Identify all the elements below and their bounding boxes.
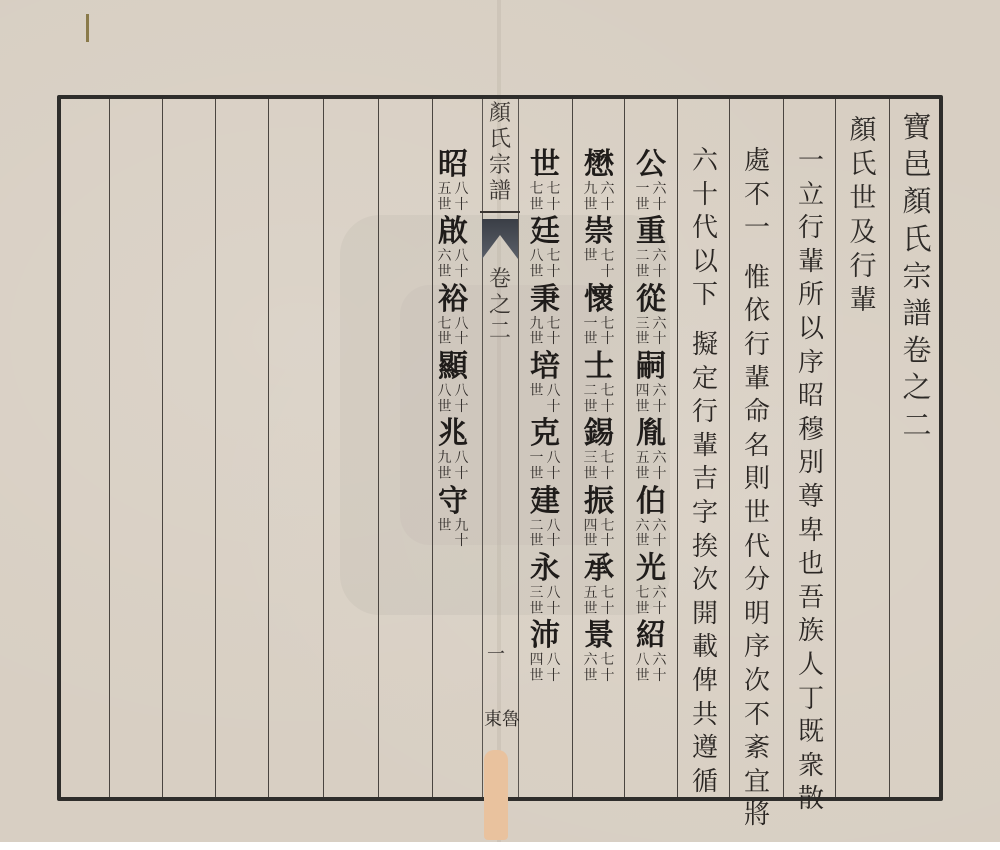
generation-name: 錫 bbox=[584, 419, 614, 449]
generation-note: 八十世 bbox=[530, 384, 561, 415]
generation-note: 八十六世 bbox=[438, 249, 469, 280]
paragraph-char: 代 bbox=[744, 534, 770, 560]
fishtail-line bbox=[480, 211, 520, 213]
generation-note-line: 二世 bbox=[584, 384, 598, 415]
generation-note-line: 二世 bbox=[530, 519, 544, 550]
generation-entry: 景七十六世 bbox=[584, 621, 615, 688]
paragraph-char: 紊 bbox=[744, 735, 770, 761]
generation-note-line: 六十 bbox=[653, 249, 667, 280]
generation-name: 重 bbox=[636, 217, 666, 247]
title-char: 二 bbox=[902, 411, 931, 440]
generation-note-line: 四世 bbox=[584, 519, 598, 550]
generation-entry: 懷七十一世 bbox=[584, 285, 615, 352]
generation-note-line: 六十 bbox=[653, 653, 667, 684]
generation-entry: 光六十七世 bbox=[636, 554, 667, 621]
generation-note-line: 六世 bbox=[438, 249, 452, 280]
generation-note-line: 世 bbox=[438, 519, 452, 550]
paragraph-char: 次 bbox=[744, 668, 770, 694]
generation-name: 顯 bbox=[438, 352, 468, 382]
generation-name: 懋 bbox=[584, 150, 614, 180]
paragraph-char: 尊 bbox=[798, 484, 824, 510]
generation-note-line: 六十 bbox=[653, 519, 667, 550]
paragraph-char: 共 bbox=[692, 702, 718, 728]
generation-note: 九十世 bbox=[438, 519, 469, 550]
column-rule bbox=[889, 99, 890, 797]
generation-name: 昭 bbox=[438, 150, 468, 180]
generation-note-line: 三世 bbox=[530, 586, 544, 617]
paragraph-char: 行 bbox=[692, 399, 718, 425]
generation-note-line: 九十 bbox=[455, 519, 469, 550]
generation-entry: 公六十一世 bbox=[636, 150, 667, 217]
paragraph-char: 世 bbox=[744, 500, 770, 526]
generation-entry: 紹六十八世 bbox=[636, 621, 667, 688]
generation-note-line: 七世 bbox=[636, 586, 650, 617]
paragraph-char: 穆 bbox=[798, 417, 824, 443]
paragraph-char: 以 bbox=[692, 249, 718, 275]
generation-name: 景 bbox=[584, 621, 614, 651]
paragraph-char: 代 bbox=[692, 215, 718, 241]
generation-column-3: 世七十七世廷七十八世秉七十九世培八十世克八十一世建八十二世永八十三世沛八十四世 bbox=[523, 150, 567, 689]
generation-name: 秉 bbox=[530, 285, 560, 315]
paragraph-char: 字 bbox=[692, 500, 718, 526]
generation-note-line: 六十 bbox=[653, 384, 667, 415]
column-rule bbox=[624, 99, 625, 797]
scan-edge bbox=[0, 842, 1000, 850]
center-rule-right bbox=[518, 99, 519, 797]
column-rule bbox=[378, 99, 379, 797]
paragraph-char: 定 bbox=[692, 366, 718, 392]
generation-note: 七十三世 bbox=[584, 451, 615, 482]
generation-note: 六十九世 bbox=[584, 182, 615, 213]
generation-column-1: 公六十一世重六十二世從六十三世嗣六十四世胤六十五世伯六十六世光六十七世紹六十八世 bbox=[629, 150, 673, 689]
paragraph-char: 宜 bbox=[744, 769, 770, 795]
paragraph-char: 卑 bbox=[798, 518, 824, 544]
generation-note-line: 九世 bbox=[438, 451, 452, 482]
center-volume-char: 卷 bbox=[489, 269, 511, 291]
generation-note-line: 七十 bbox=[601, 653, 615, 684]
generation-note: 六十二世 bbox=[636, 249, 667, 280]
column-rule bbox=[835, 99, 836, 797]
generation-entry: 嗣六十四世 bbox=[636, 352, 667, 419]
generation-note: 七十七世 bbox=[530, 182, 561, 213]
generation-note: 八十七世 bbox=[438, 317, 469, 348]
generation-entry: 沛八十四世 bbox=[530, 621, 561, 688]
center-title-char: 氏 bbox=[489, 129, 511, 151]
generation-entry: 伯六十六世 bbox=[636, 487, 667, 554]
paper-tab bbox=[484, 750, 508, 840]
paragraph-char: 立 bbox=[798, 182, 824, 208]
paragraph-char: 一 bbox=[798, 148, 824, 174]
paragraph-char: 行 bbox=[744, 332, 770, 358]
generation-name: 伯 bbox=[636, 487, 666, 517]
generation-entry: 廷七十八世 bbox=[530, 217, 561, 284]
generation-entry: 顯八十八世 bbox=[438, 352, 469, 419]
generation-name: 永 bbox=[530, 554, 560, 584]
generation-entry: 士七十二世 bbox=[584, 352, 615, 419]
generation-note-line: 四世 bbox=[636, 384, 650, 415]
generation-note-line: 八十 bbox=[455, 249, 469, 280]
center-volume-char: 二 bbox=[489, 321, 511, 343]
generation-entry: 裕八十七世 bbox=[438, 285, 469, 352]
generation-entry: 昭八十五世 bbox=[438, 150, 469, 217]
generation-note-line: 八十 bbox=[455, 384, 469, 415]
generation-note-line: 七十 bbox=[601, 249, 615, 280]
generation-note-line: 八世 bbox=[438, 384, 452, 415]
generation-entry: 承七十五世 bbox=[584, 554, 615, 621]
title-char: 顏 bbox=[902, 187, 931, 216]
paragraph-char: 處 bbox=[744, 148, 770, 174]
generation-name: 從 bbox=[636, 285, 666, 315]
generation-note-line: 七十 bbox=[601, 586, 615, 617]
paragraph-char: 分 bbox=[744, 567, 770, 593]
generation-note-line: 一世 bbox=[530, 451, 544, 482]
generation-note-line: 六十 bbox=[653, 451, 667, 482]
generation-entry: 秉七十九世 bbox=[530, 285, 561, 352]
generation-name: 守 bbox=[438, 487, 468, 517]
generation-column-4: 昭八十五世啟八十六世裕八十七世顯八十八世兆八十九世守九十世 bbox=[431, 150, 475, 554]
column-rule bbox=[572, 99, 573, 797]
page-number: 一 bbox=[487, 640, 505, 666]
generation-note-line: 六十 bbox=[653, 586, 667, 617]
generation-note-line: 八十 bbox=[455, 451, 469, 482]
paragraph-char: 吉 bbox=[692, 466, 718, 492]
paragraph-char: 輩 bbox=[692, 433, 718, 459]
center-volume: 卷之二 bbox=[489, 269, 511, 347]
heading-char: 顏 bbox=[850, 117, 877, 144]
title-char: 譜 bbox=[902, 299, 931, 328]
heading-char: 及 bbox=[850, 219, 877, 246]
generation-note: 八十一世 bbox=[530, 451, 561, 482]
generation-name: 懷 bbox=[584, 285, 614, 315]
generation-name: 兆 bbox=[438, 419, 468, 449]
generation-name: 克 bbox=[530, 419, 560, 449]
generation-note-line: 六十 bbox=[653, 317, 667, 348]
generation-note-line: 七十 bbox=[547, 182, 561, 213]
generation-note: 七十八世 bbox=[530, 249, 561, 280]
paragraph-char: 六 bbox=[692, 148, 718, 174]
generation-name: 廷 bbox=[530, 217, 560, 247]
generation-note-line: 八十 bbox=[547, 519, 561, 550]
margin-mark bbox=[86, 14, 89, 42]
generation-note: 六十五世 bbox=[636, 451, 667, 482]
paragraph-char: 載 bbox=[692, 634, 718, 660]
generation-entry: 啟八十六世 bbox=[438, 217, 469, 284]
paragraph-char: 不 bbox=[744, 182, 770, 208]
generation-note-line: 一世 bbox=[584, 317, 598, 348]
generation-note-line: 五世 bbox=[584, 586, 598, 617]
column-rule bbox=[323, 99, 324, 797]
generation-note-line: 八世 bbox=[530, 249, 544, 280]
generation-note-line: 五世 bbox=[438, 182, 452, 213]
paragraph-char: 名 bbox=[744, 433, 770, 459]
scanned-page: 寶邑顏氏宗譜卷之二 顏氏世及行輩 一立行輩所以序昭穆別尊卑也吾族人丁既衆散 處不… bbox=[0, 0, 1000, 842]
title-char: 卷 bbox=[902, 336, 931, 365]
center-volume-char: 之 bbox=[489, 295, 511, 317]
column-rule bbox=[162, 99, 163, 797]
section-heading: 顏氏世及行輩 bbox=[843, 117, 883, 321]
paragraph-char: 遵 bbox=[692, 735, 718, 761]
generation-name: 公 bbox=[636, 150, 666, 180]
paragraph-char: 吾 bbox=[798, 585, 824, 611]
generation-name: 承 bbox=[584, 554, 614, 584]
paragraph-char: 散 bbox=[798, 786, 824, 812]
generation-name: 裕 bbox=[438, 285, 468, 315]
generation-entry: 重六十二世 bbox=[636, 217, 667, 284]
generation-name: 建 bbox=[530, 487, 560, 517]
generation-entry: 永八十三世 bbox=[530, 554, 561, 621]
book-title: 寶邑顏氏宗譜卷之二 bbox=[897, 113, 937, 448]
paragraph-char: 擬 bbox=[692, 332, 718, 358]
column-rule bbox=[677, 99, 678, 797]
generation-note-line: 七十 bbox=[601, 384, 615, 415]
generation-name: 紹 bbox=[636, 621, 666, 651]
paragraph-line-3: 六十代以下擬定行輩吉字挨次開載俾共遵循 bbox=[685, 148, 725, 802]
paragraph-char: 輩 bbox=[798, 249, 824, 275]
generation-note-line: 八十 bbox=[547, 653, 561, 684]
paragraph-char: 次 bbox=[692, 567, 718, 593]
paragraph-char: 所 bbox=[798, 282, 824, 308]
generation-note-line: 八十 bbox=[547, 451, 561, 482]
generation-note-line: 三世 bbox=[636, 317, 650, 348]
paragraph-char: 輩 bbox=[744, 366, 770, 392]
paragraph-char: 也 bbox=[798, 551, 824, 577]
generation-note: 七十世 bbox=[584, 249, 615, 280]
generation-note-line: 七十 bbox=[601, 451, 615, 482]
generation-note-line: 九世 bbox=[530, 317, 544, 348]
paragraph-char: 昭 bbox=[798, 383, 824, 409]
generation-name: 胤 bbox=[636, 419, 666, 449]
center-title-char: 顏 bbox=[489, 103, 511, 125]
generation-note-line: 七世 bbox=[438, 317, 452, 348]
generation-note-line: 七世 bbox=[530, 182, 544, 213]
generation-note-line: 四世 bbox=[530, 653, 544, 684]
title-char: 之 bbox=[902, 373, 931, 402]
generation-note-line: 九世 bbox=[584, 182, 598, 213]
paragraph-char: 既 bbox=[798, 719, 824, 745]
heading-char: 行 bbox=[850, 253, 877, 280]
generation-note-line: 二世 bbox=[636, 249, 650, 280]
generation-note-line: 八十 bbox=[547, 384, 561, 415]
generation-name: 振 bbox=[584, 487, 614, 517]
generation-entry: 克八十一世 bbox=[530, 419, 561, 486]
generation-note-line: 六世 bbox=[584, 653, 598, 684]
generation-note: 八十八世 bbox=[438, 384, 469, 415]
generation-entry: 建八十二世 bbox=[530, 487, 561, 554]
generation-name: 嗣 bbox=[636, 352, 666, 382]
heading-char: 世 bbox=[850, 185, 877, 212]
generation-note-line: 七十 bbox=[601, 519, 615, 550]
heading-char: 輩 bbox=[850, 287, 877, 314]
paragraph-char: 人 bbox=[798, 652, 824, 678]
column-rule bbox=[109, 99, 110, 797]
generation-note: 七十二世 bbox=[584, 384, 615, 415]
center-title-char: 譜 bbox=[489, 181, 511, 203]
paragraph-char: 依 bbox=[744, 298, 770, 324]
generation-note-line: 八十 bbox=[455, 182, 469, 213]
generation-entry: 懋六十九世 bbox=[584, 150, 615, 217]
fishtail-mark-icon bbox=[482, 219, 518, 259]
generation-note: 七十六世 bbox=[584, 653, 615, 684]
paragraph-char: 行 bbox=[798, 215, 824, 241]
generation-note-line: 三世 bbox=[584, 451, 598, 482]
generation-entry: 兆八十九世 bbox=[438, 419, 469, 486]
paragraph-line-2: 處不一惟依行輩命名則世代分明序次不紊宜將 bbox=[737, 148, 777, 836]
column-rule bbox=[268, 99, 269, 797]
paragraph-char: 惟 bbox=[744, 265, 770, 291]
generation-entry: 世七十七世 bbox=[530, 150, 561, 217]
generation-entry: 崇七十世 bbox=[584, 217, 615, 284]
title-char: 寶 bbox=[902, 113, 931, 142]
generation-entry: 錫七十三世 bbox=[584, 419, 615, 486]
generation-note: 六十三世 bbox=[636, 317, 667, 348]
center-title-char: 宗 bbox=[489, 155, 511, 177]
generation-note: 六十六世 bbox=[636, 519, 667, 550]
generation-note: 七十一世 bbox=[584, 317, 615, 348]
generation-note: 七十五世 bbox=[584, 586, 615, 617]
generation-note-line: 五世 bbox=[636, 451, 650, 482]
generation-note-line: 世 bbox=[530, 384, 544, 415]
paragraph-char: 下 bbox=[692, 282, 718, 308]
generation-note-line: 一世 bbox=[636, 182, 650, 213]
paragraph-char: 衆 bbox=[798, 753, 824, 779]
generation-note-line: 八十 bbox=[547, 586, 561, 617]
generation-entry: 培八十世 bbox=[530, 352, 561, 419]
paragraph-char: 十 bbox=[692, 182, 718, 208]
paragraph-char: 序 bbox=[798, 350, 824, 376]
generation-note: 六十八世 bbox=[636, 653, 667, 684]
paragraph-char: 則 bbox=[744, 466, 770, 492]
generation-note: 六十七世 bbox=[636, 586, 667, 617]
title-char: 宗 bbox=[902, 262, 931, 291]
generation-note: 八十二世 bbox=[530, 519, 561, 550]
generation-column-2: 懋六十九世崇七十世懷七十一世士七十二世錫七十三世振七十四世承七十五世景七十六世 bbox=[577, 150, 621, 689]
center-rule-left bbox=[482, 99, 483, 797]
column-rule bbox=[783, 99, 784, 797]
generation-entry: 守九十世 bbox=[438, 487, 469, 554]
generation-note-line: 七十 bbox=[547, 317, 561, 348]
generation-name: 啟 bbox=[438, 217, 468, 247]
generation-name: 世 bbox=[530, 150, 560, 180]
generation-entry: 胤六十五世 bbox=[636, 419, 667, 486]
hall-mark: 東魯 bbox=[484, 705, 520, 731]
generation-note: 七十九世 bbox=[530, 317, 561, 348]
generation-note-line: 六十 bbox=[601, 182, 615, 213]
generation-note: 七十四世 bbox=[584, 519, 615, 550]
generation-name: 崇 bbox=[584, 217, 614, 247]
generation-note: 八十九世 bbox=[438, 451, 469, 482]
generation-note: 六十一世 bbox=[636, 182, 667, 213]
generation-note: 八十三世 bbox=[530, 586, 561, 617]
paragraph-char: 族 bbox=[798, 618, 824, 644]
generation-note: 八十五世 bbox=[438, 182, 469, 213]
generation-note-line: 八世 bbox=[636, 653, 650, 684]
heading-char: 氏 bbox=[850, 151, 877, 178]
paragraph-line-1: 一立行輩所以序昭穆別尊卑也吾族人丁既衆散 bbox=[791, 148, 831, 820]
title-char: 邑 bbox=[902, 150, 931, 179]
center-column: 顏氏宗譜 卷之二 bbox=[484, 103, 516, 347]
generation-name: 培 bbox=[530, 352, 560, 382]
paragraph-char: 將 bbox=[744, 802, 770, 828]
generation-name: 光 bbox=[636, 554, 666, 584]
paragraph-char: 俾 bbox=[692, 668, 718, 694]
generation-note: 六十四世 bbox=[636, 384, 667, 415]
paragraph-char: 一 bbox=[744, 215, 770, 241]
generation-note-line: 六世 bbox=[636, 519, 650, 550]
generation-entry: 振七十四世 bbox=[584, 487, 615, 554]
generation-note-line: 世 bbox=[584, 249, 598, 280]
generation-note: 八十四世 bbox=[530, 653, 561, 684]
generation-name: 士 bbox=[584, 352, 614, 382]
generation-note-line: 六十 bbox=[653, 182, 667, 213]
paragraph-char: 挨 bbox=[692, 534, 718, 560]
generation-entry: 從六十三世 bbox=[636, 285, 667, 352]
column-rule bbox=[729, 99, 730, 797]
title-char: 氏 bbox=[902, 225, 931, 254]
column-rule bbox=[215, 99, 216, 797]
paragraph-char: 命 bbox=[744, 399, 770, 425]
paragraph-char: 不 bbox=[744, 702, 770, 728]
paragraph-char: 明 bbox=[744, 601, 770, 627]
center-title: 顏氏宗譜 bbox=[489, 103, 511, 207]
generation-note-line: 七十 bbox=[601, 317, 615, 348]
paragraph-char: 序 bbox=[744, 634, 770, 660]
paragraph-char: 別 bbox=[798, 450, 824, 476]
generation-note-line: 七十 bbox=[547, 249, 561, 280]
paragraph-char: 以 bbox=[798, 316, 824, 342]
generation-name: 沛 bbox=[530, 621, 560, 651]
paragraph-char: 丁 bbox=[798, 686, 824, 712]
paragraph-char: 開 bbox=[692, 601, 718, 627]
generation-note-line: 八十 bbox=[455, 317, 469, 348]
paragraph-char: 循 bbox=[692, 769, 718, 795]
